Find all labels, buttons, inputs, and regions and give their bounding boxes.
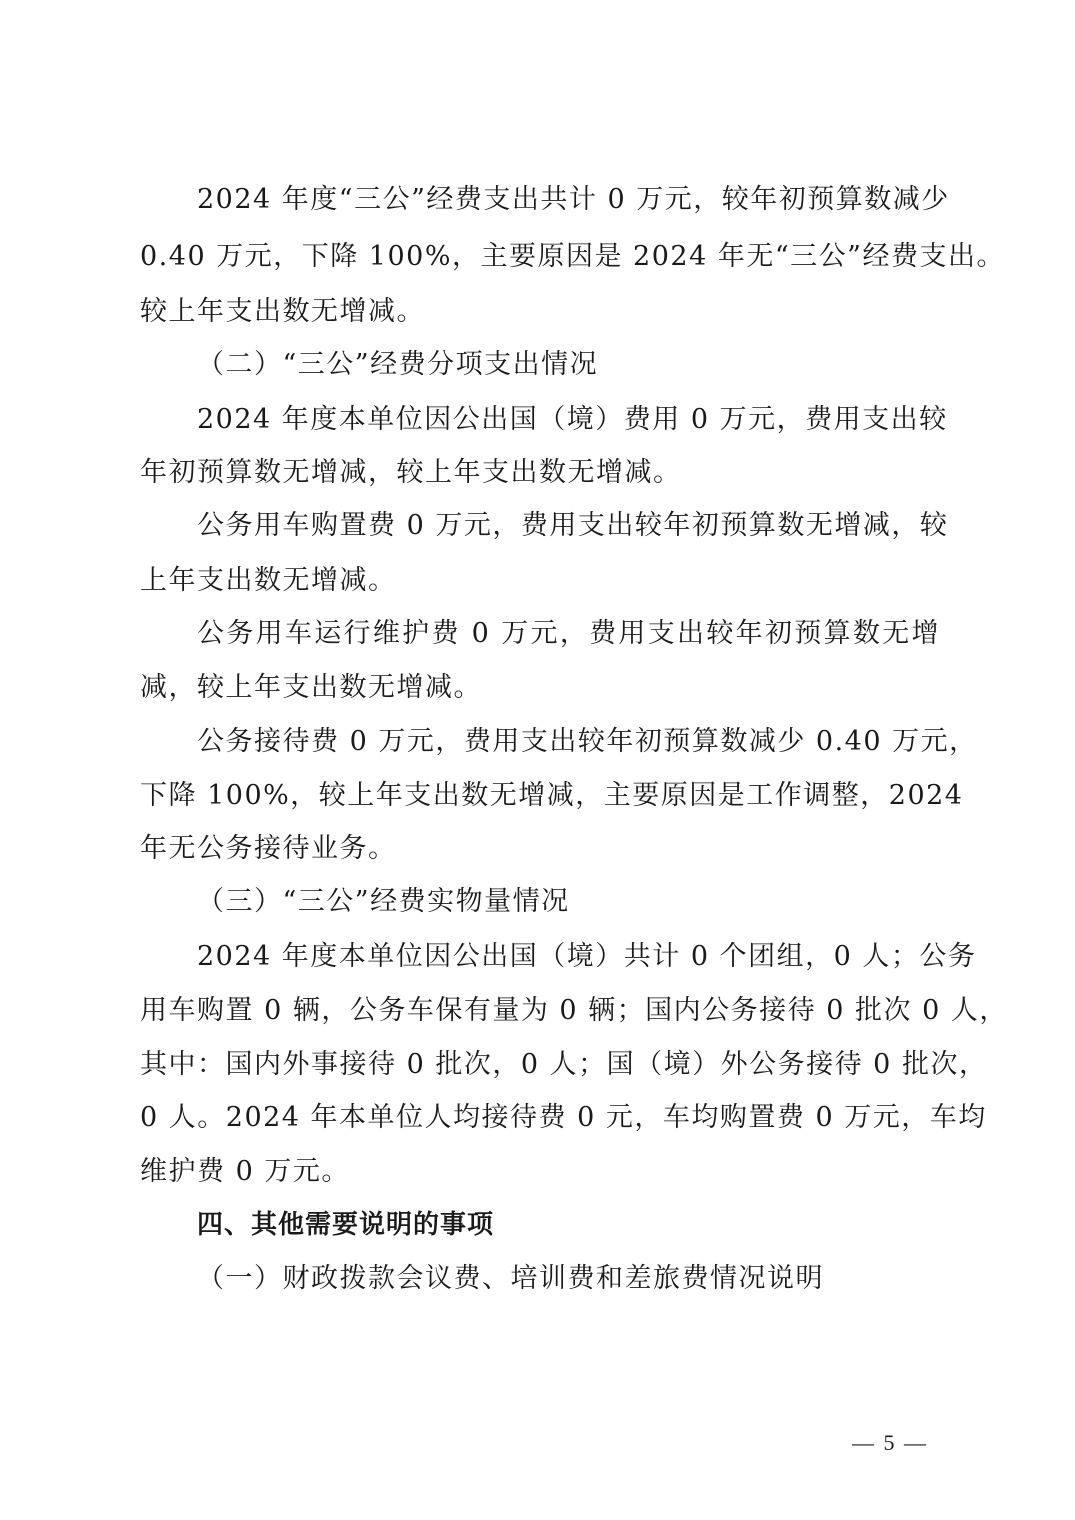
paragraph-line: 上年支出数无增减。 — [140, 561, 940, 601]
page-number: — 5 — — [840, 1428, 940, 1458]
paragraph-line: 公务用车运行维护费 0 万元，费用支出较年初预算数无增 — [197, 614, 940, 654]
document-page: 2024 年度“三公”经费支出共计 0 万元，较年初预算数减少 0.40 万元，… — [0, 0, 1075, 1520]
paragraph-line: 减，较上年支出数无增减。 — [140, 668, 940, 708]
paragraph-line: 公务接待费 0 万元，费用支出较年初预算数减少 0.40 万元， — [197, 722, 940, 762]
paragraph-line: 年初预算数无增减，较上年支出数无增减。 — [140, 453, 940, 493]
paragraph-line: 用车购置 0 辆，公务车保有量为 0 辆；国内公务接待 0 批次 0 人， — [140, 991, 940, 1031]
subheading-physical-quantity: （三）“三公”经费实物量情况 — [197, 882, 940, 922]
paragraph-line: 维护费 0 万元。 — [140, 1152, 940, 1192]
paragraph-line: 年无公务接待业务。 — [140, 829, 940, 869]
paragraph-line: 较上年支出数无增减。 — [140, 292, 940, 332]
section-heading-other-matters: 四、其他需要说明的事项 — [197, 1205, 940, 1245]
paragraph-line: 2024 年度本单位因公出国（境）费用 0 万元，费用支出较 — [197, 400, 940, 440]
paragraph-line: 2024 年度“三公”经费支出共计 0 万元，较年初预算数减少 — [197, 180, 940, 220]
subheading-meeting-training-travel: （一）财政拨款会议费、培训费和差旅费情况说明 — [197, 1259, 940, 1299]
subheading-item-expenditure: （二）“三公”经费分项支出情况 — [197, 345, 940, 385]
paragraph-line: 2024 年度本单位因公出国（境）共计 0 个团组，0 人；公务 — [197, 937, 940, 977]
paragraph-line: 公务用车购置费 0 万元，费用支出较年初预算数无增减，较 — [197, 506, 940, 546]
paragraph-line: 0.40 万元，下降 100%，主要原因是 2024 年无“三公”经费支出。 — [140, 237, 940, 277]
paragraph-line: 其中：国内外事接待 0 批次，0 人；国（境）外公务接待 0 批次， — [140, 1045, 940, 1085]
paragraph-line: 0 人。2024 年本单位人均接待费 0 元，车均购置费 0 万元，车均 — [140, 1098, 940, 1138]
paragraph-line: 下降 100%，较上年支出数无增减，主要原因是工作调整，2024 — [140, 776, 940, 816]
